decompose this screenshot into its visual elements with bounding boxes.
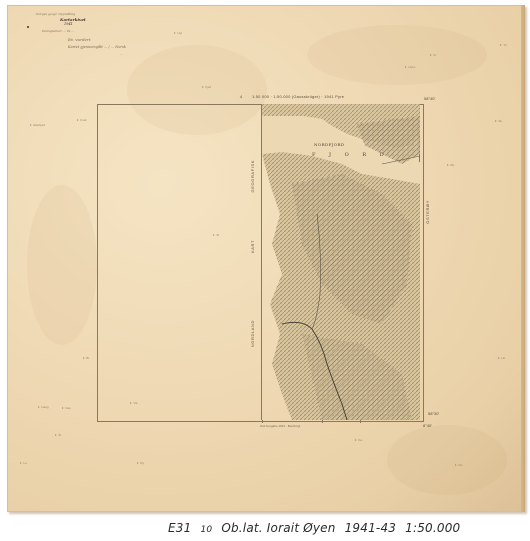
survey-point: Ål (55, 432, 61, 437)
paper-stain (307, 25, 487, 85)
sheet-code: E31 (168, 521, 191, 535)
survey-point: Eikefjord (30, 122, 45, 127)
corner-coordinate: 4 (240, 94, 242, 99)
sheet-years: 1941-43 (345, 521, 397, 535)
survey-point: Fjell (202, 84, 211, 89)
paper-stain (27, 185, 97, 345)
survey-point: Ka (355, 437, 362, 442)
archive-note-line: ... (120, 52, 123, 56)
survey-point: Kval (77, 117, 86, 122)
map-header-text: 1:50 000 · 1:50.000 (Gausskrüger) · 1941… (252, 94, 344, 99)
corner-coordinate: 58°30' (428, 411, 439, 416)
frame-tick (262, 420, 263, 423)
survey-point: Hyl (174, 30, 182, 35)
archive-note-line: Kartet gjennomgått ... / ... Norsk (68, 45, 126, 49)
paper-stain (387, 425, 507, 495)
edition-note: 2nd Ausgabe 1943 · Berichtigt (260, 424, 300, 428)
fjord-name-label: NORDFJORD (314, 142, 344, 147)
fjord-spaced-label: F J O R D (312, 152, 390, 158)
margin-vertical-text: OSTERØY (425, 200, 430, 224)
archive-note-line: Norges geogr. Oppmåling (36, 12, 75, 16)
archive-note-line: Ev. vurdert (68, 37, 90, 42)
survey-point: Fl. (430, 52, 437, 57)
sheet-scale: 1:50.000 (405, 521, 460, 535)
margin-vertical-text: GEOGRAFISK (250, 160, 255, 192)
survey-point: Tv. (500, 42, 507, 47)
archive-dot (27, 26, 29, 28)
corner-coordinate: 8°40' (423, 423, 432, 428)
survey-point: Mo (455, 462, 463, 467)
survey-point: Øy (447, 162, 454, 167)
catalog-label: E3110Ob.lat. Iorait Øyen1941-431:50.000 (168, 521, 469, 535)
margin-vertical-text: KART (250, 240, 255, 253)
survey-point: Haug (38, 404, 49, 409)
survey-point: Nes (62, 405, 71, 410)
survey-point: Le (20, 460, 27, 465)
frame-tick (360, 420, 361, 423)
sheet-title: Ob.lat. Iorait Øyen (221, 521, 335, 535)
survey-point: Ho (498, 355, 505, 360)
survey-point: Ry (137, 460, 144, 465)
survey-point: Sk. (495, 118, 503, 123)
survey-point: Holm (405, 64, 415, 69)
sheet-number: 10 (200, 525, 212, 535)
corner-coordinate: 58°40' (424, 96, 435, 101)
archive-note-line: Innregistrert ... 19 ... (42, 29, 74, 33)
frame-tick (322, 420, 323, 423)
map-terrain-area: NORDFJORD F J O R D (262, 104, 420, 420)
margin-vertical-text: NORDLAND (250, 320, 255, 347)
archive-note-line: 1941 (64, 22, 73, 26)
survey-point: Br (83, 355, 89, 360)
